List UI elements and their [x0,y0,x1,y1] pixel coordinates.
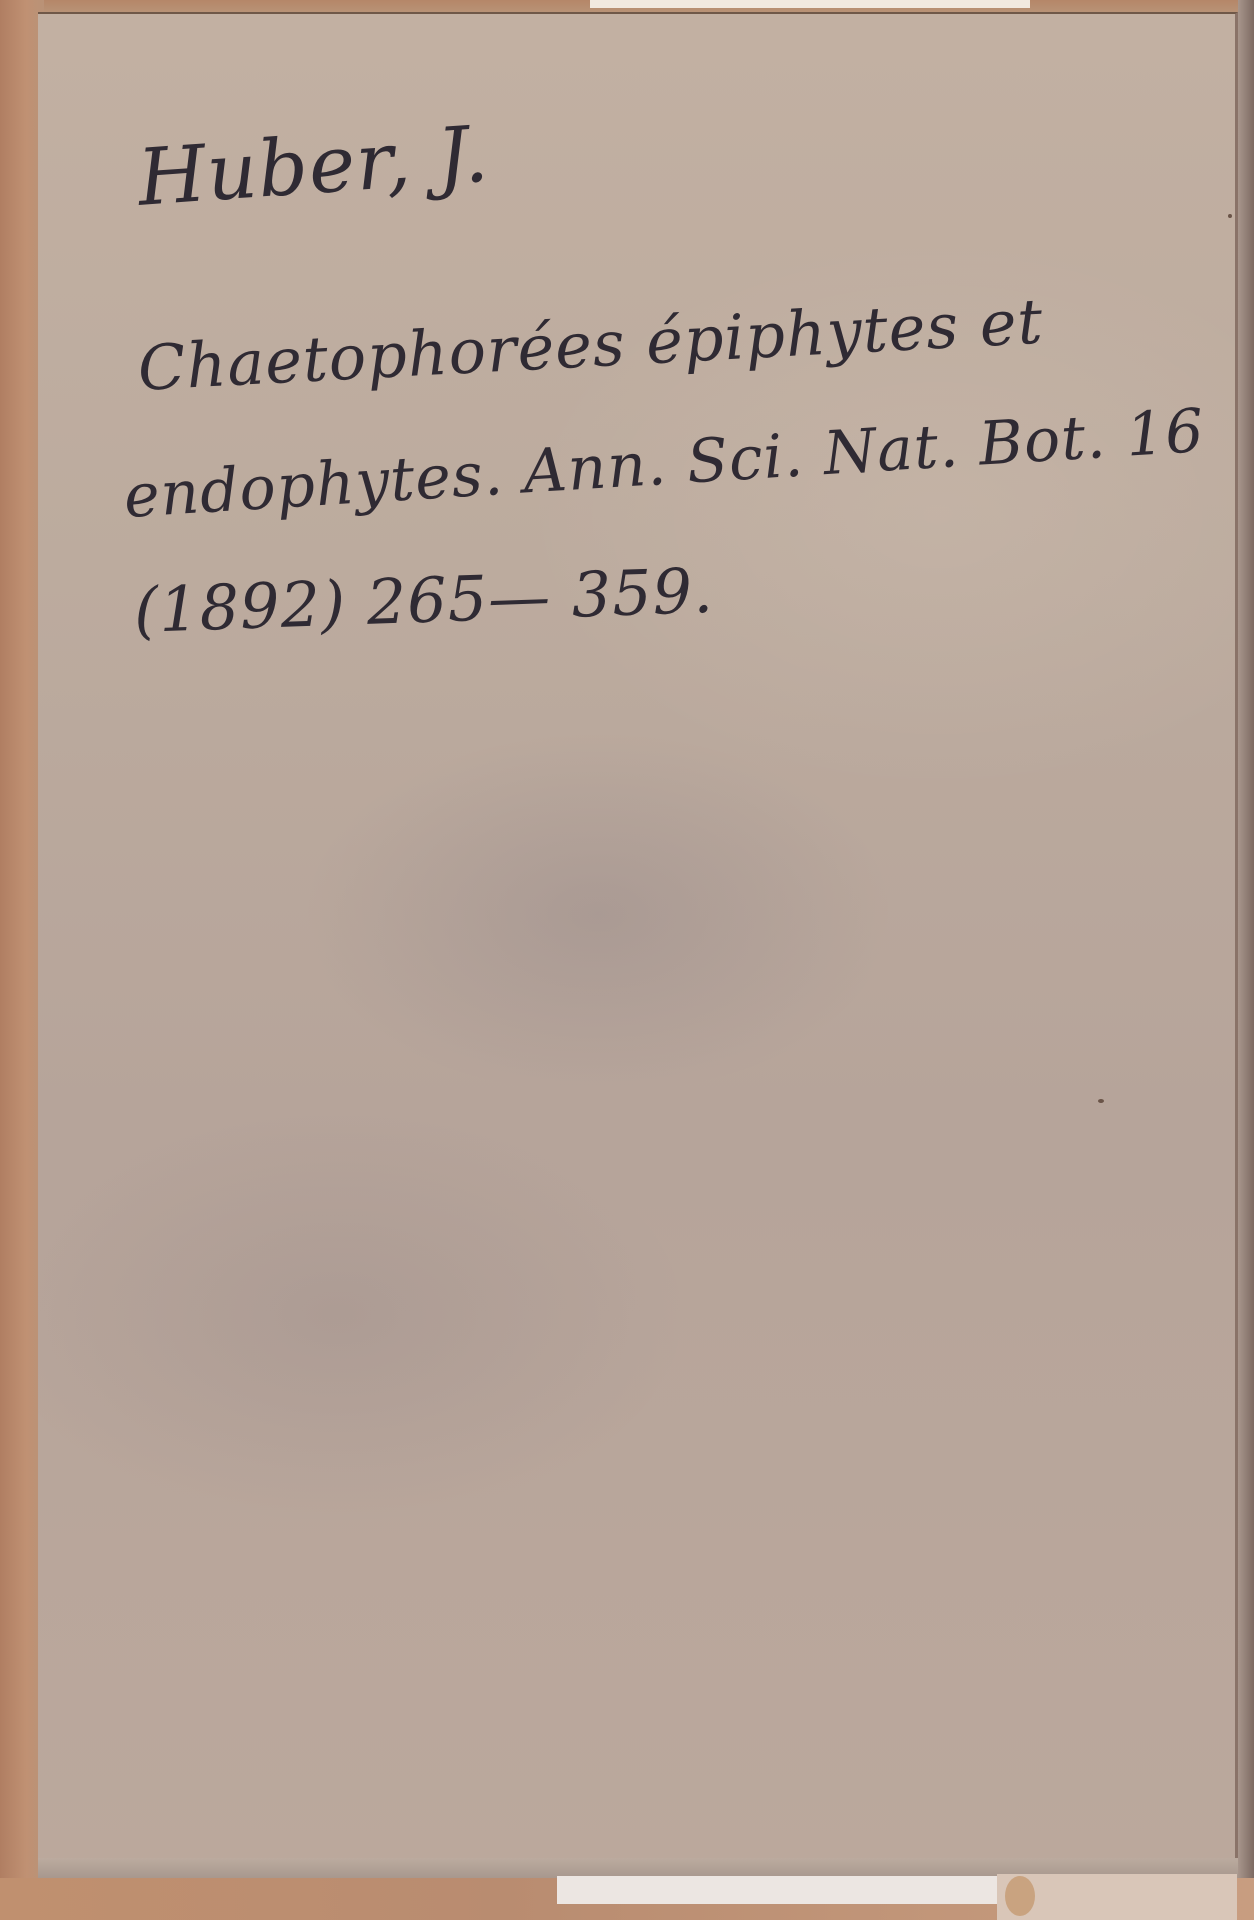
top-paper-scrap [590,0,1030,8]
handwritten-citation-line: (1892) 265— 359. [133,554,715,647]
handwritten-title-line-2: endophytes. Ann. Sci. Nat. Bot. 16 [122,396,1207,532]
bottom-paper-scrap [557,1876,997,1904]
right-edge [1238,0,1254,1920]
paper-cover: Huber, J. Chaetophorées épiphytes et end… [38,12,1238,1872]
stain-mark [1005,1876,1035,1916]
handwritten-author: Huber, J. [135,110,492,224]
paper-speck [1098,1099,1104,1103]
paper-speck [1228,214,1232,218]
scanned-page: Huber, J. Chaetophorées épiphytes et end… [0,0,1254,1920]
handwritten-title-line-1: Chaetophorées épiphytes et [136,285,1045,405]
